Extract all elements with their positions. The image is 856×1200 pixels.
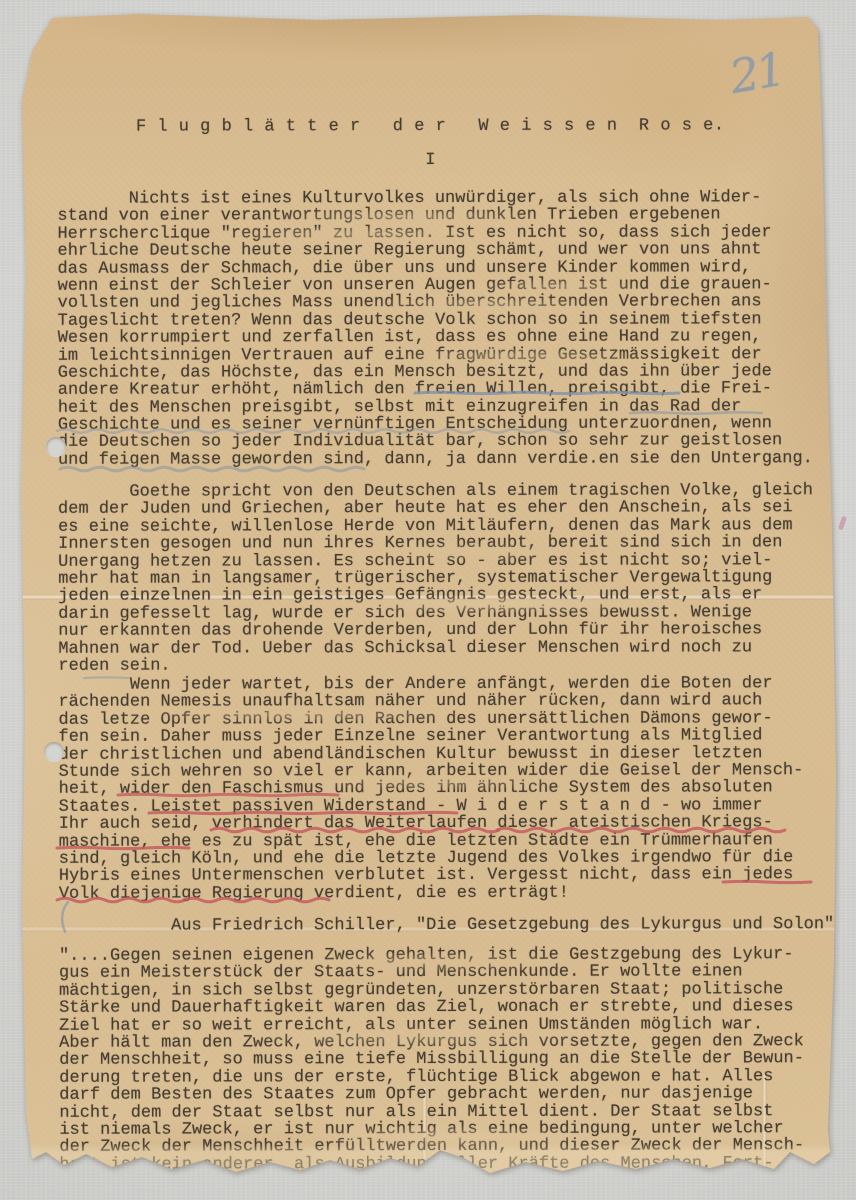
- text-line: reden sein.: [58, 656, 804, 675]
- underline-fuer-die: [723, 877, 803, 887]
- underline-das-rad-der: [630, 408, 751, 418]
- paragraph: Goethe spricht von den Deutschen als ein…: [58, 482, 804, 675]
- body-paragraphs: Nichts ist eines Kulturvolkes unwürdiger…: [57, 11, 803, 13]
- leaflet-title: F l u g b l ä t t e r d e r W e i s s e …: [57, 117, 803, 136]
- document-scan: F l u g b l ä t t e r d e r W e i s s e …: [0, 0, 856, 1200]
- underline-maschine: [57, 843, 157, 853]
- schiller-quote: "....Gegen seinen eigenen Zweck gehalten…: [59, 946, 805, 1174]
- punch-hole-upper: [46, 437, 66, 457]
- underline-leistet-widerstand: [149, 808, 434, 818]
- schiller-attribution: Aus Friedrich Schiller, "Die Gesetzgebun…: [59, 916, 805, 935]
- text-line: nur erkannten das drohende Verderben, un…: [58, 621, 804, 640]
- margin-tick: [84, 673, 102, 683]
- underline-geschichte: [57, 426, 577, 436]
- typewritten-text: F l u g b l ä t t e r d e r W e i s s e …: [57, 11, 803, 13]
- underline-kriegsmaschine: [497, 825, 782, 835]
- punch-hole-lower: [44, 742, 64, 762]
- underline-faschismus: [118, 790, 331, 800]
- scribble-feige-masse: [60, 464, 368, 474]
- text-line: heit ist kein anderer, als Ausbildung al…: [59, 1155, 805, 1174]
- underline-verhindert: [211, 825, 495, 835]
- margin-hook: [56, 900, 80, 934]
- leaflet-numeral: I: [57, 151, 803, 170]
- text-line: Hybris eines Untermenschen verblutet ist…: [59, 867, 805, 886]
- underline-freien-willen: [415, 388, 679, 398]
- text-line: Mahnen war der Tod. Ueber das Schicksal …: [58, 639, 804, 658]
- underline-hybris: [57, 895, 331, 905]
- scan-background: { "page": { "handwritten_number": "21" }…: [0, 0, 856, 1200]
- text-line: darf dem Besten des Staates zum Opfer ge…: [59, 1085, 805, 1104]
- document-page: F l u g b l ä t t e r d e r W e i s s e …: [18, 12, 838, 1190]
- handwritten-page-number: 21: [726, 42, 787, 104]
